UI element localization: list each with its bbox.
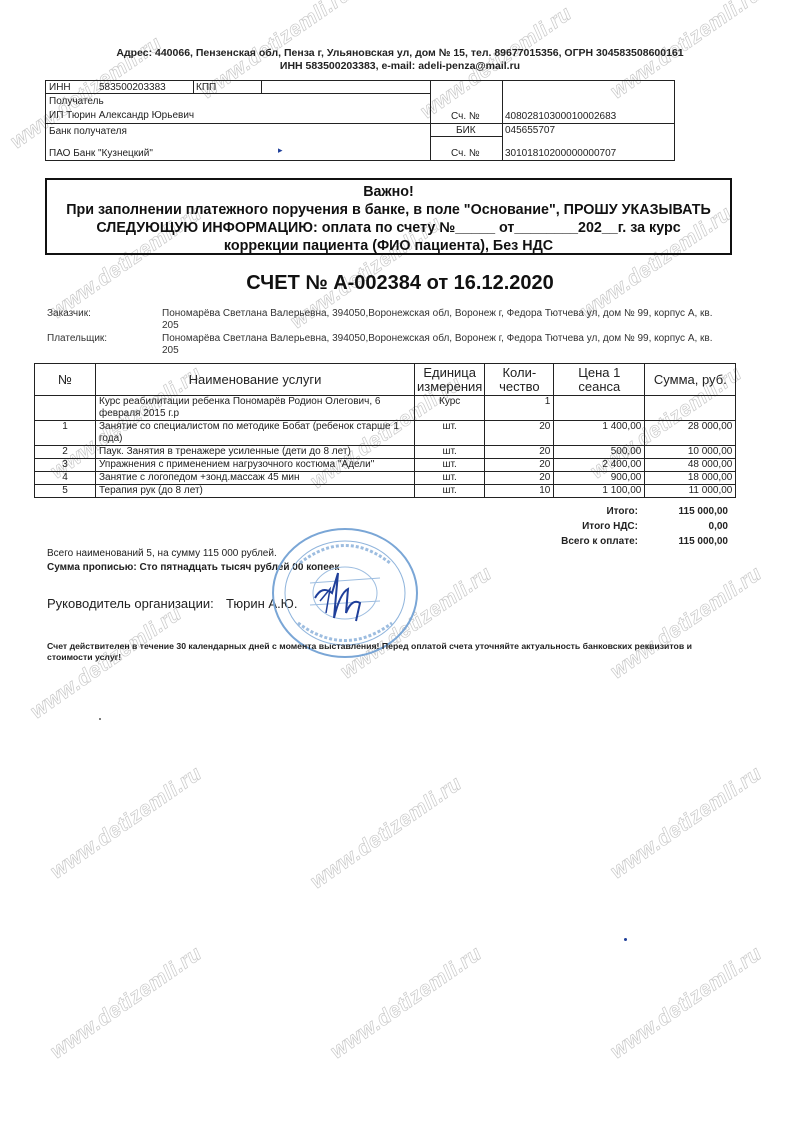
row-sum: 28 000,00 <box>645 421 736 446</box>
row-sum: 18 000,00 <box>645 472 736 485</box>
vat-value: 0,00 <box>638 519 732 534</box>
row-unit: шт. <box>415 472 485 485</box>
payer-value: Пономарёва Светлана Валерьевна, 394050,В… <box>162 333 722 357</box>
bik-label: БИК <box>456 125 476 136</box>
signer-label: Руководитель организации: <box>47 596 214 611</box>
invoice-title: СЧЕТ № А-002384 от 16.12.2020 <box>0 272 800 295</box>
table-row: 2 Паук. Занятия в тренажере усиленные (д… <box>35 446 736 459</box>
important-heading: Важно! <box>47 183 730 201</box>
row-num: 2 <box>35 446 96 459</box>
watermark-text: www.detizemli.ru <box>606 562 766 684</box>
bank-details-box: ИНН 583500203383 КПП Получатель ИП Тюрин… <box>45 80 675 161</box>
customer-value: Пономарёва Светлана Валерьевна, 394050,В… <box>162 308 722 332</box>
vat-row: Итого НДС: 0,00 <box>500 519 732 534</box>
bik-value: 045655707 <box>505 125 555 136</box>
row-sum: 11 000,00 <box>645 485 736 498</box>
company-address: Адрес: 440066, Пензенская обл, Пенза г, … <box>0 47 800 59</box>
watermark-text: www.detizemli.ru <box>46 762 206 884</box>
validity-note: Счет действителен в течение 30 календарн… <box>47 641 737 663</box>
due-value: 115 000,00 <box>638 534 732 549</box>
col-header-num: № <box>35 364 96 396</box>
row-num <box>35 396 96 421</box>
watermark-text: www.detizemli.ru <box>306 772 466 894</box>
table-row: 4 Занятие с логопедом +зонд.массаж 45 ми… <box>35 472 736 485</box>
items-count-summary: Всего наименований 5, на сумму 115 000 р… <box>47 548 277 559</box>
row-name: Занятие с логопедом +зонд.массаж 45 мин <box>96 472 415 485</box>
corr-account-label: Сч. № <box>451 148 480 159</box>
recipient-account-label: Сч. № <box>451 111 480 122</box>
row-price: 500,00 <box>554 446 645 459</box>
inn-label: ИНН <box>49 82 71 93</box>
corr-account-value: 30101810200000000707 <box>505 148 616 159</box>
row-num: 1 <box>35 421 96 446</box>
total-value: 115 000,00 <box>638 504 732 519</box>
row-sum: 10 000,00 <box>645 446 736 459</box>
row-qty: 20 <box>485 459 554 472</box>
row-qty: 20 <box>485 446 554 459</box>
table-row: 1 Занятие со специалистом по методике Бо… <box>35 421 736 446</box>
total-row: Итого: 115 000,00 <box>500 504 732 519</box>
row-name: Занятие со специалистом по методике Боба… <box>96 421 415 446</box>
col-header-price: Цена 1сеанса <box>554 364 645 396</box>
row-name: Паук. Занятия в тренажере усиленные (дет… <box>96 446 415 459</box>
bank-label: Банк получателя <box>49 126 127 137</box>
total-label: Итого: <box>500 504 638 519</box>
row-qty: 1 <box>485 396 554 421</box>
scan-speck <box>624 938 627 941</box>
row-num: 4 <box>35 472 96 485</box>
important-line-2: СЛЕДУЮЩУЮ ИНФОРМАЦИЮ: оплата по счету №_… <box>47 219 730 237</box>
row-qty: 20 <box>485 472 554 485</box>
payer-label: Плательщик: <box>47 333 107 344</box>
table-header-row: № Наименование услуги Единицаизмерения К… <box>35 364 736 396</box>
row-qty: 20 <box>485 421 554 446</box>
row-price: 1 400,00 <box>554 421 645 446</box>
row-price <box>554 396 645 421</box>
company-contacts: ИНН 583500203383, e-mail: adeli-penza@ma… <box>0 60 800 72</box>
row-unit: шт. <box>415 485 485 498</box>
row-unit: Курс <box>415 396 485 421</box>
row-num: 5 <box>35 485 96 498</box>
col-header-sum: Сумма, руб. <box>645 364 736 396</box>
row-price: 900,00 <box>554 472 645 485</box>
row-name: Терапия рук (до 8 лет) <box>96 485 415 498</box>
row-unit: шт. <box>415 459 485 472</box>
ink-mark-icon: ▸ <box>278 145 283 156</box>
customer-label: Заказчик: <box>47 308 91 319</box>
col-header-unit: Единицаизмерения <box>415 364 485 396</box>
table-row: Курс реабилитации ребенка Пономарёв Роди… <box>35 396 736 421</box>
row-name: Курс реабилитации ребенка Пономарёв Роди… <box>96 396 415 421</box>
row-sum: 48 000,00 <box>645 459 736 472</box>
kpp-label: КПП <box>196 82 216 93</box>
recipient-value: ИП Тюрин Александр Юрьевич <box>49 110 194 121</box>
row-qty: 10 <box>485 485 554 498</box>
watermark-text: www.detizemli.ru <box>606 942 766 1064</box>
col-header-name: Наименование услуги <box>96 364 415 396</box>
totals-block: Итого: 115 000,00 Итого НДС: 0,00 Всего … <box>500 504 732 549</box>
due-row: Всего к оплате: 115 000,00 <box>500 534 732 549</box>
scan-speck <box>99 718 101 720</box>
row-unit: шт. <box>415 421 485 446</box>
recipient-label: Получатель <box>49 96 104 107</box>
recipient-account-value: 40802810300010002683 <box>505 111 616 122</box>
row-num: 3 <box>35 459 96 472</box>
important-notice: Важно! При заполнении платежного поручен… <box>45 178 732 255</box>
row-price: 2 400,00 <box>554 459 645 472</box>
services-table: № Наименование услуги Единицаизмерения К… <box>34 363 736 498</box>
due-label: Всего к оплате: <box>500 534 638 549</box>
vat-label: Итого НДС: <box>500 519 638 534</box>
row-name: Упражнения с применением нагрузочного ко… <box>96 459 415 472</box>
row-price: 1 100,00 <box>554 485 645 498</box>
watermark-text: www.detizemli.ru <box>326 942 486 1064</box>
table-row: 3 Упражнения с применением нагрузочного … <box>35 459 736 472</box>
inn-value: 583500203383 <box>99 82 166 93</box>
col-header-qty: Коли-чество <box>485 364 554 396</box>
important-line-3: коррекции пациента (ФИО пациента), Без Н… <box>47 237 730 255</box>
row-sum <box>645 396 736 421</box>
row-unit: шт. <box>415 446 485 459</box>
bank-value: ПАО Банк "Кузнецкий" <box>49 148 153 159</box>
table-row: 5 Терапия рук (до 8 лет) шт. 10 1 100,00… <box>35 485 736 498</box>
important-line-1: При заполнении платежного поручения в ба… <box>47 201 730 219</box>
watermark-text: www.detizemli.ru <box>46 942 206 1064</box>
watermark-text: www.detizemli.ru <box>606 762 766 884</box>
